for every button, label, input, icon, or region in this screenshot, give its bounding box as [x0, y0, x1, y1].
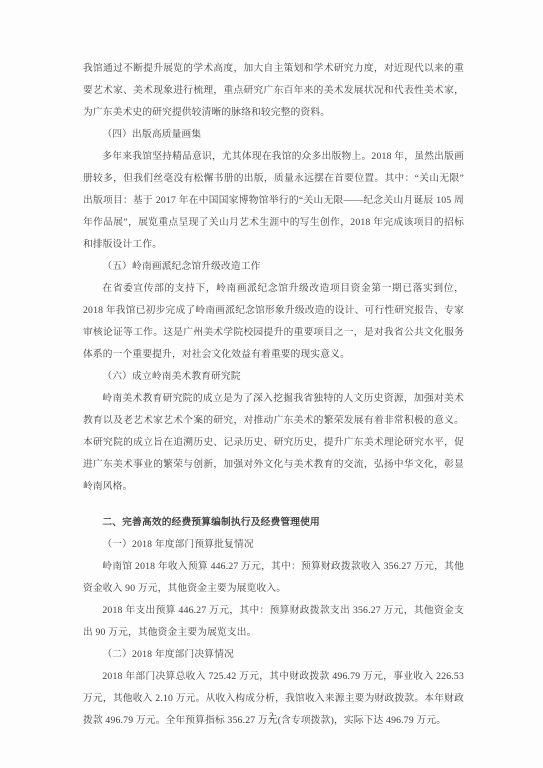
- subheading-section-five: （五）岭南画派纪念馆升级改造工作: [83, 256, 464, 278]
- document-page: 我馆通过不断提升展览的学术高度，加大自主策划和学术研究力度，对近现代以来的重要艺…: [0, 0, 543, 768]
- subheading-section-six: （六）成立岭南美术教育研究院: [83, 366, 464, 388]
- paragraph-section-five: 在省委宣传部的支持下，岭南画派纪念馆升级改造项目资金第一期已落实到位，2018 …: [83, 278, 464, 366]
- page-number: 2: [0, 712, 543, 722]
- page-text-block: 我馆通过不断提升展览的学术高度，加大自主策划和学术研究力度，对近现代以来的重要艺…: [83, 58, 464, 732]
- heading-chapter-two: 二、完善高效的经费预算编制执行及经费管理使用: [83, 512, 464, 534]
- paragraph-income-budget: 岭南馆 2018 年收入预算 446.27 万元，其中：预算财政拨款收入 356…: [83, 556, 464, 600]
- subheading-budget-approval: （一）2018 年度部门预算批复情况: [83, 534, 464, 556]
- paragraph-continuation: 我馆通过不断提升展览的学术高度，加大自主策划和学术研究力度，对近现代以来的重要艺…: [83, 58, 464, 124]
- paragraph-expense-budget: 2018 年支出预算 446.27 万元，其中：预算财政拨款支出 356.27 …: [83, 600, 464, 644]
- paragraph-section-six: 岭南美术教育研究院的成立是为了深入挖掘我省独特的人文历史资源，加强对美术教育以及…: [83, 388, 464, 498]
- paragraph-section-four: 多年来我馆坚持精品意识，尤其体现在我馆的众多出版物上。2018 年，虽然出版画册…: [83, 146, 464, 256]
- subheading-section-four: （四）出版高质量画集: [83, 124, 464, 146]
- subheading-final-accounts: （二）2018 年度部门决算情况: [83, 644, 464, 666]
- paragraph-final-accounts: 2018 年部门决算总收入 725.42 万元，其中财政拨款 496.79 万元…: [83, 666, 464, 732]
